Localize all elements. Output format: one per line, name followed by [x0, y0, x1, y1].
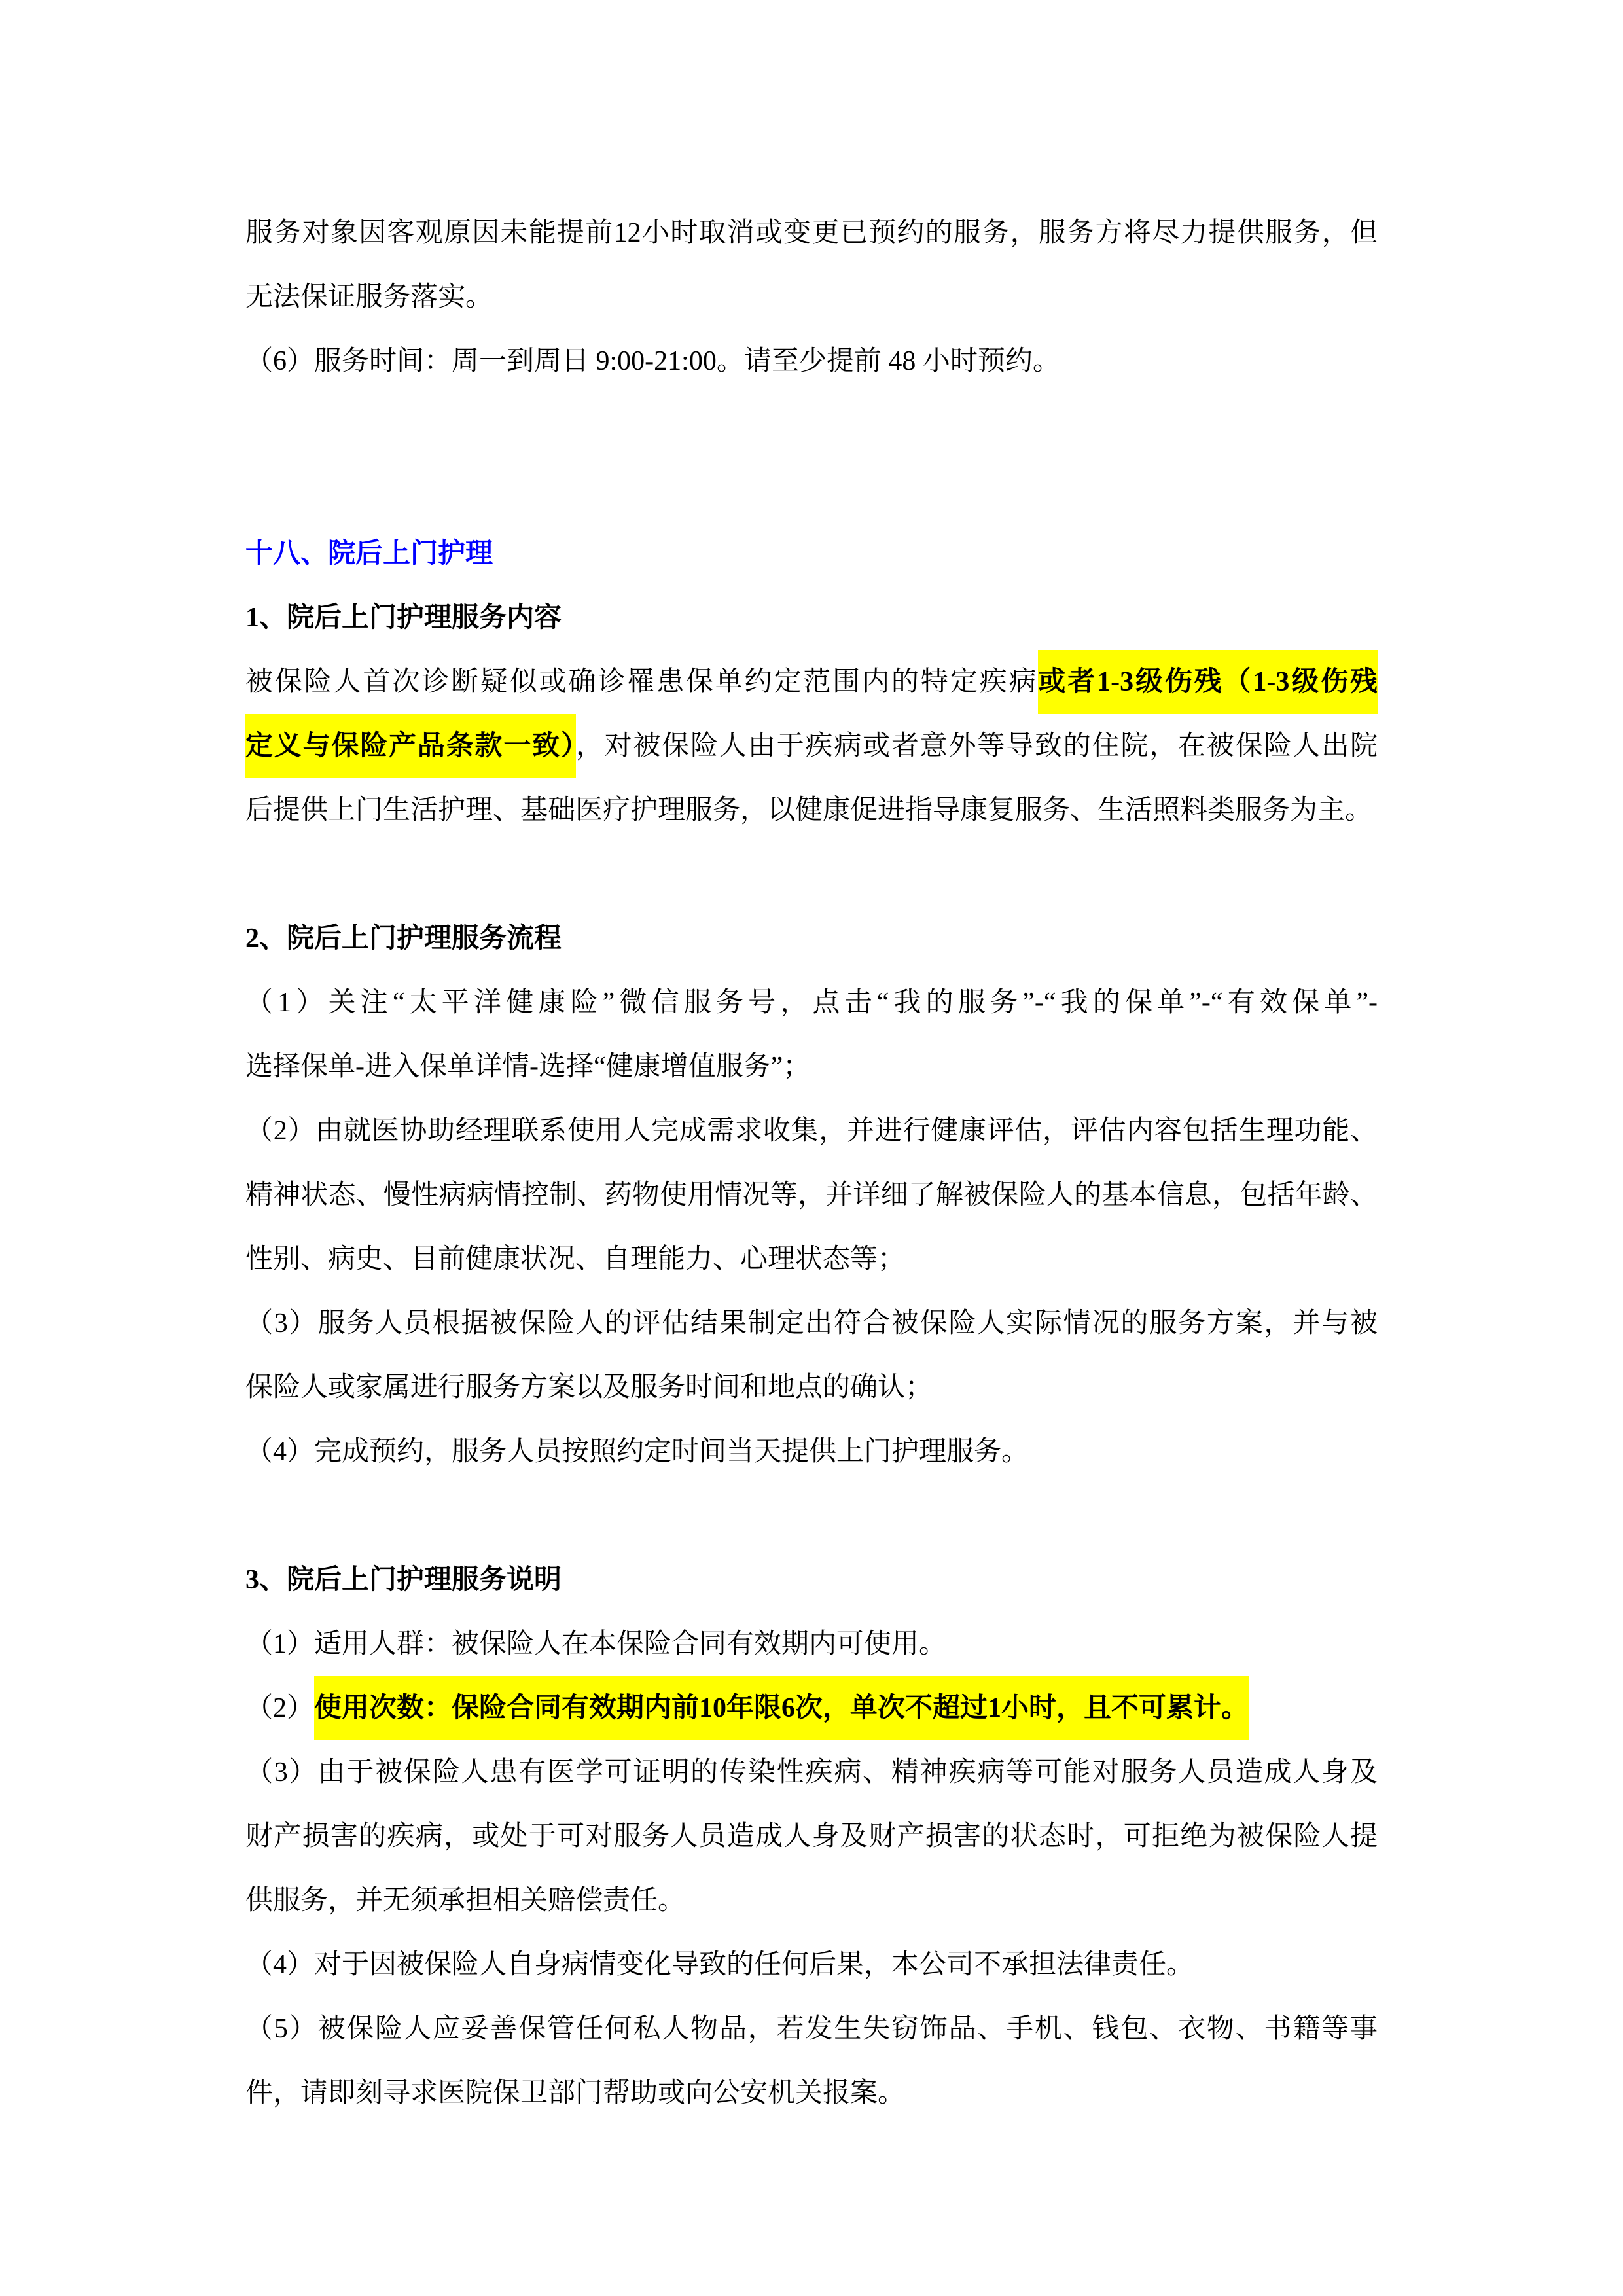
subsection-heading-2: 2、院后上门护理服务流程 — [245, 906, 1378, 971]
section-heading-text: 十八、院后上门护理 — [245, 539, 493, 569]
list-item-line: （4）对于因被保险人自身病情变化导致的任何后果，本公司不承担法律责任。 — [245, 1933, 1378, 1997]
text-run: （2） — [245, 1693, 314, 1723]
text-run: 件，请即刻寻求医院保卫部门帮助或向公安机关报案。 — [245, 2078, 905, 2108]
highlighted-text-run: 或者1-3级伤残（1-3级伤残 — [1038, 650, 1378, 714]
list-item-line: （3）服务人员根据被保险人的评估结果制定出符合被保险人实际情况的服务方案，并与被 — [245, 1291, 1378, 1355]
text-run: ，对被保险人由于疾病或者意外等导致的住院，在被保险人出院 — [576, 731, 1378, 761]
paragraph-line: 供服务，并无须承担相关赔偿责任。 — [245, 1869, 1378, 1933]
paragraph-line: 无法保证服务落实。 — [245, 265, 1378, 329]
list-item-line: （4）完成预约，服务人员按照约定时间当天提供上门护理服务。 — [245, 1420, 1378, 1484]
document-page: { "colors": { "highlight": "#FFFF00", "h… — [0, 0, 1623, 2296]
text-run: 选择保单-进入保单详情-选择“健康增值服务”； — [245, 1052, 810, 1082]
text-run: （6）服务时间：周一到周日 9:00-21:00。请至少提前 48 小时预约。 — [245, 346, 1060, 376]
list-item-line: （2）由就医协助经理联系使用人完成需求收集，并进行健康评估，评估内容包括生理功能… — [245, 1099, 1378, 1163]
text-run: （1）关注“太平洋健康险”微信服务号，点击“我的服务”-“我的保单”-“有效保单… — [245, 988, 1378, 1018]
subsection-heading-3: 3、院后上门护理服务说明 — [245, 1548, 1378, 1612]
blank-line — [245, 842, 1378, 906]
paragraph-line: 定义与保险产品条款一致），对被保险人由于疾病或者意外等导致的住院，在被保险人出院 — [245, 714, 1378, 778]
text-run: 保险人或家属进行服务方案以及服务时间和地点的确认； — [245, 1372, 933, 1403]
list-item-line-usage-limit: （2）使用次数：保险合同有效期内前10年限6次，单次不超过1小时，且不可累计。 — [245, 1676, 1378, 1740]
list-item-line: （1）适用人群：被保险人在本保险合同有效期内可使用。 — [245, 1612, 1378, 1676]
text-run: 财产损害的疾病，或处于可对服务人员造成人身及财产损害的状态时，可拒绝为被保险人提 — [245, 1821, 1378, 1852]
section-heading-18: 十八、院后上门护理 — [245, 522, 1378, 586]
paragraph-line: 件，请即刻寻求医院保卫部门帮助或向公安机关报案。 — [245, 2061, 1378, 2125]
paragraph-line: 性别、病史、目前健康状况、自理能力、心理状态等； — [245, 1227, 1378, 1291]
text-run: 后提供上门生活护理、基础医疗护理服务，以健康促进指导康复服务、生活照料类服务为主… — [245, 795, 1372, 825]
paragraph-line: 服务对象因客观原因未能提前12小时取消或变更已预约的服务，服务方将尽力提供服务，… — [245, 201, 1378, 265]
text-run: 服务对象因客观原因未能提前12小时取消或变更已预约的服务，服务方将尽力提供服务，… — [245, 218, 1378, 248]
highlighted-text-run: 使用次数：保险合同有效期内前10年限6次，单次不超过1小时，且不可累计。 — [314, 1676, 1249, 1740]
list-item-line: （5）被保险人应妥善保管任何私人物品，若发生失窃饰品、手机、钱包、衣物、书籍等事 — [245, 1997, 1378, 2061]
list-item-line: （1）关注“太平洋健康险”微信服务号，点击“我的服务”-“我的保单”-“有效保单… — [245, 971, 1378, 1035]
text-run: 性别、病史、目前健康状况、自理能力、心理状态等； — [245, 1244, 905, 1274]
text-run: 供服务，并无须承担相关赔偿责任。 — [245, 1886, 685, 1916]
text-run: （1）适用人群：被保险人在本保险合同有效期内可使用。 — [245, 1629, 946, 1659]
subsection-heading-text: 1、院后上门护理服务内容 — [245, 603, 562, 633]
text-run: （2）由就医协助经理联系使用人完成需求收集，并进行健康评估，评估内容包括生理功能… — [245, 1116, 1378, 1146]
paragraph-line: 选择保单-进入保单详情-选择“健康增值服务”； — [245, 1035, 1378, 1099]
paragraph-line: 被保险人首次诊断疑似或确诊罹患保单约定范围内的特定疾病或者1-3级伤残（1-3级… — [245, 650, 1378, 714]
subsection-heading-1: 1、院后上门护理服务内容 — [245, 586, 1378, 650]
list-item-line: （3）由于被保险人患有医学可证明的传染性疾病、精神疾病等可能对服务人员造成人身及 — [245, 1740, 1378, 1804]
blank-line — [245, 457, 1378, 522]
blank-line — [245, 1484, 1378, 1548]
highlighted-text-run: 定义与保险产品条款一致） — [245, 714, 576, 778]
text-run: （4）完成预约，服务人员按照约定时间当天提供上门护理服务。 — [245, 1437, 1029, 1467]
subsection-heading-text: 2、院后上门护理服务流程 — [245, 924, 562, 954]
text-run: 被保险人首次诊断疑似或确诊罹患保单约定范围内的特定疾病 — [245, 667, 1038, 697]
text-run: （3）服务人员根据被保险人的评估结果制定出符合被保险人实际情况的服务方案，并与被 — [245, 1308, 1378, 1338]
text-run: （5）被保险人应妥善保管任何私人物品，若发生失窃饰品、手机、钱包、衣物、书籍等事 — [245, 2014, 1378, 2044]
subsection-heading-text: 3、院后上门护理服务说明 — [245, 1565, 562, 1595]
paragraph-line: 保险人或家属进行服务方案以及服务时间和地点的确认； — [245, 1355, 1378, 1420]
list-item-line-service-hours: （6）服务时间：周一到周日 9:00-21:00。请至少提前 48 小时预约。 — [245, 329, 1378, 393]
text-run: 精神状态、慢性病病情控制、药物使用情况等，并详细了解被保险人的基本信息，包括年龄… — [245, 1180, 1378, 1210]
paragraph-line: 后提供上门生活护理、基础医疗护理服务，以健康促进指导康复服务、生活照料类服务为主… — [245, 778, 1378, 842]
text-run: 无法保证服务落实。 — [245, 282, 493, 312]
text-run: （4）对于因被保险人自身病情变化导致的任何后果，本公司不承担法律责任。 — [245, 1950, 1194, 1980]
text-content-area: 服务对象因客观原因未能提前12小时取消或变更已预约的服务，服务方将尽力提供服务，… — [245, 201, 1378, 2125]
text-run: （3）由于被保险人患有医学可证明的传染性疾病、精神疾病等可能对服务人员造成人身及 — [245, 1757, 1378, 1787]
paragraph-line: 精神状态、慢性病病情控制、药物使用情况等，并详细了解被保险人的基本信息，包括年龄… — [245, 1163, 1378, 1227]
blank-line — [245, 393, 1378, 457]
paragraph-line: 财产损害的疾病，或处于可对服务人员造成人身及财产损害的状态时，可拒绝为被保险人提 — [245, 1804, 1378, 1869]
